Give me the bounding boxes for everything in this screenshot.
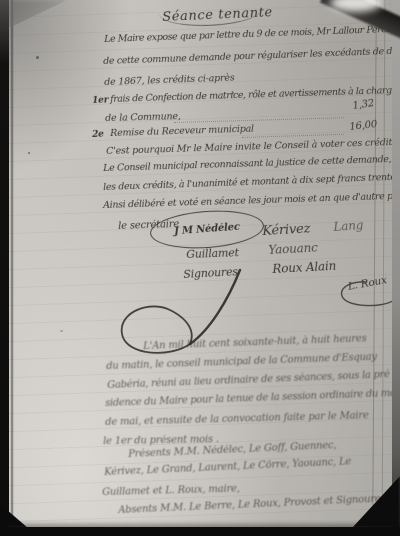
item-number: 2e: [92, 130, 104, 140]
signature-name: Kérivez: [262, 221, 311, 238]
photo-right-edge: [392, 0, 400, 536]
item-text-continuation: de la Commune,: [105, 111, 181, 124]
signature-name: Yaouanc: [268, 240, 318, 257]
photo-bottom-edge: [0, 527, 400, 536]
signature-name: Guillamet: [186, 246, 239, 261]
book-spine-edge: [0, 0, 9, 536]
manuscript-photo: Séance tenante Le Maire expose que par l…: [0, 0, 400, 536]
signature-name: Lang: [333, 218, 364, 234]
paper-speck: [36, 56, 39, 59]
signature-name: J M Nédélec: [174, 222, 240, 238]
spine-crease-line: [11, 0, 13, 536]
item-number: 1er: [92, 95, 108, 106]
paper-speck: [60, 330, 63, 332]
paper-speck: [28, 152, 30, 154]
